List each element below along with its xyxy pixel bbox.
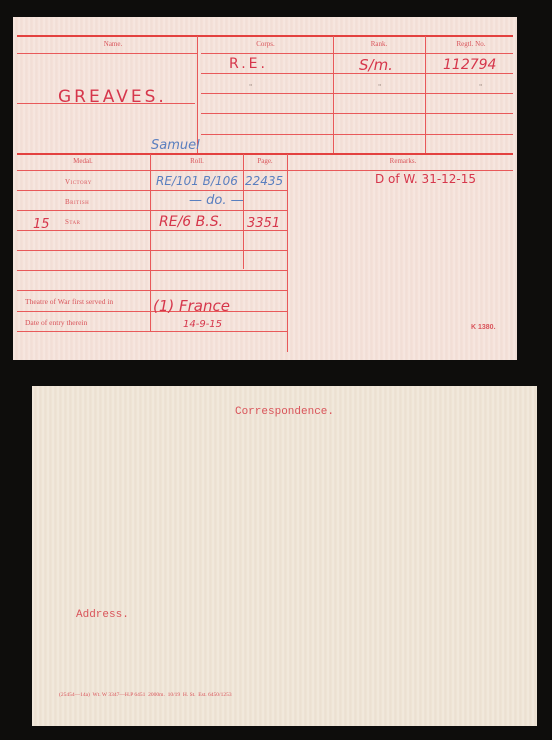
theatre-label: Theatre of War first served in (25, 297, 113, 306)
rule (201, 134, 513, 135)
star-prefix: 15 (33, 217, 50, 232)
rule (17, 210, 287, 211)
rule (17, 311, 287, 312)
surname-entry: GREAVES. (58, 87, 167, 107)
rank-ditto: " (378, 83, 381, 91)
medal-label-star: Star (65, 218, 81, 226)
header-name: Name. (53, 40, 173, 48)
corps-ditto: " (249, 83, 252, 91)
regtl-no-ditto: " (479, 83, 482, 91)
corps-entry: R.E. (229, 56, 268, 72)
rule (201, 93, 513, 94)
header-remarks: Remarks. (343, 157, 463, 165)
entry-date: 14-9-15 (183, 319, 222, 330)
rule (201, 73, 513, 74)
header-page: Page. (245, 157, 285, 165)
rule (17, 270, 287, 271)
form-number: K 1380. (471, 324, 496, 331)
medal-card-back: Correspondence. Address. (25454—14a) Wt.… (32, 386, 537, 726)
printer-line: (25454—14a) Wt. W 3347—H.P 6451 2000m. 1… (59, 692, 232, 698)
roll-entry-british: — do. — (189, 193, 244, 208)
rule (17, 331, 287, 332)
col-divider (243, 154, 244, 269)
rule (201, 113, 513, 114)
col-divider (150, 154, 151, 332)
roll-entry-star: RE/6 B.S. (159, 214, 223, 230)
header-rank: Rank. (335, 40, 423, 48)
regtl-no-entry: 112794 (443, 57, 496, 73)
rule-medal-section (17, 153, 513, 155)
rule (201, 53, 513, 54)
col-divider (197, 36, 198, 154)
col-divider (287, 154, 288, 352)
rule-top (17, 35, 513, 37)
rule (17, 53, 197, 54)
roll-entry-victory: RE/101 B/106 (156, 174, 238, 188)
header-medal: Medal. (33, 157, 133, 165)
page-entry-star: 3351 (247, 216, 280, 231)
entry-date-label: Date of entry therein (25, 318, 87, 327)
remarks-entry: D of W. 31-12-15 (375, 172, 476, 186)
medal-label-british: British (65, 198, 89, 206)
correspondence-title: Correspondence. (182, 406, 387, 418)
rank-entry: S/m. (359, 56, 393, 74)
header-regtl-no: Regtl. No. (427, 40, 515, 48)
medal-label-victory: Victory (65, 178, 92, 186)
rule (17, 290, 287, 291)
header-roll: Roll. (153, 157, 241, 165)
theatre-entry: (1) France (153, 297, 230, 315)
rule (17, 190, 287, 191)
medal-card-front: Name. Corps. Rank. Regtl. No. GREAVES. S… (13, 17, 517, 360)
rule (17, 170, 513, 171)
page-entry-victory: 22435 (245, 174, 283, 188)
header-corps: Corps. (203, 40, 328, 48)
col-divider (333, 36, 334, 154)
forename-entry: Samuel (151, 138, 200, 153)
col-divider (425, 36, 426, 154)
address-label: Address. (76, 609, 129, 621)
rule (17, 250, 287, 251)
